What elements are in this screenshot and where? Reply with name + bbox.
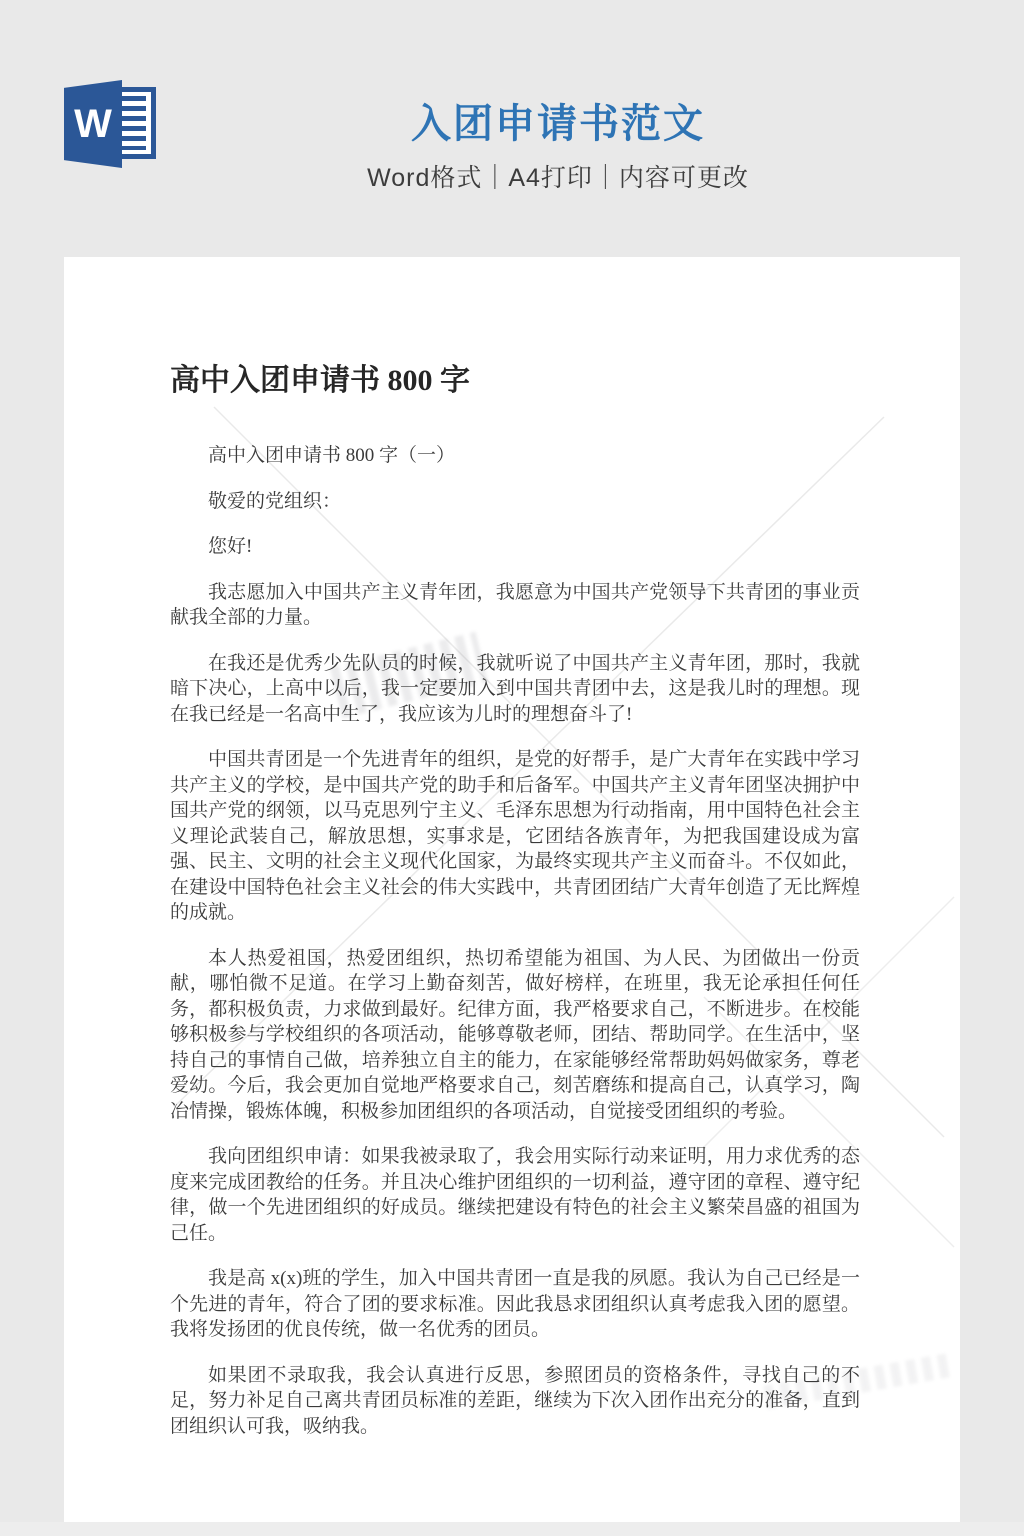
word-icon-text-lines	[122, 96, 146, 150]
document-paper: 高中入团申请书 800 字 高中入团申请书 800 字（一）敬爱的党组织：您好!…	[64, 257, 960, 1522]
page-bottom-strip	[0, 1522, 1024, 1536]
document-paragraph: 如果团不录取我，我会认真进行反思，参照团员的资格条件，寻找自己的不足，努力补足自…	[170, 1363, 860, 1440]
word-document-icon: W	[64, 80, 156, 168]
document-paragraph: 您好!	[170, 534, 860, 560]
document-paragraph: 我向团组织申请：如果我被录取了，我会用实际行动来证明，用力求优秀的态度来完成团教…	[170, 1144, 860, 1246]
document-paragraph: 我志愿加入中国共产主义青年团，我愿意为中国共产党领导下共青团的事业贡献我全部的力…	[170, 580, 860, 631]
document-paragraph: 本人热爱祖国，热爱团组织，热切希望能为祖国、为人民、为团做出一份贡献，哪怕微不足…	[170, 946, 860, 1125]
page-title: 入团申请书范文	[411, 92, 705, 149]
page-subtitle: Word格式｜A4打印｜内容可更改	[367, 158, 749, 194]
word-icon-letter: W	[74, 104, 112, 144]
document-paragraph: 我是高 x(x)班的学生，加入中国共青团一直是我的夙愿。我认为自己已经是一个先进…	[170, 1266, 860, 1343]
document-content: 高中入团申请书 800 字 高中入团申请书 800 字（一）敬爱的党组织：您好!…	[64, 257, 960, 1439]
document-paragraphs: 高中入团申请书 800 字（一）敬爱的党组织：您好!我志愿加入中国共产主义青年团…	[170, 443, 860, 1439]
word-icon-flag: W	[64, 80, 122, 168]
document-paragraph: 在我还是优秀少先队员的时候，我就听说了中国共产主义青年团，那时，我就暗下决心，上…	[170, 651, 860, 728]
document-paragraph: 中国共青团是一个先进青年的组织，是党的好帮手，是广大青年在实践中学习共产主义的学…	[170, 747, 860, 926]
page-header: W 入团申请书范文 Word格式｜A4打印｜内容可更改	[0, 0, 1024, 257]
document-paragraph: 高中入团申请书 800 字（一）	[170, 443, 860, 469]
document-title: 高中入团申请书 800 字	[170, 363, 860, 399]
document-paragraph: 敬爱的党组织：	[170, 489, 860, 515]
